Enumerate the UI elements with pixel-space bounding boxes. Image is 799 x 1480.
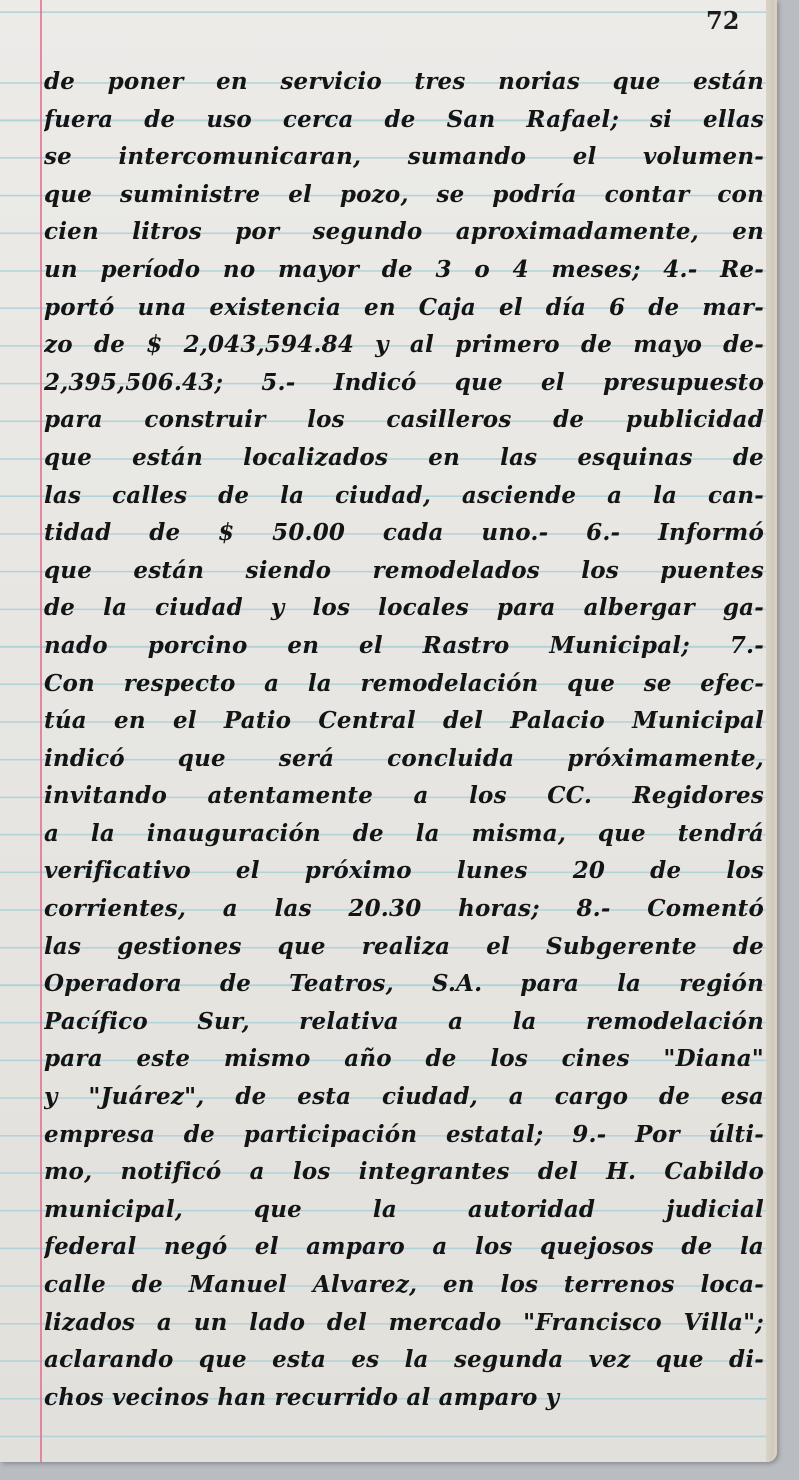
- text-line: mo, notificó a los integrantes del H. Ca…: [44, 1153, 764, 1191]
- text-line: corrientes, a las 20.30 horas; 8.- Comen…: [44, 890, 764, 928]
- text-line: Operadora de Teatros, S.A. para la regió…: [44, 965, 764, 1003]
- text-line: invitando atentamente a los CC. Regidore…: [44, 777, 764, 815]
- text-line: de poner en servicio tres norias que est…: [44, 63, 764, 101]
- text-line: para este mismo año de los cines "Diana": [44, 1040, 764, 1078]
- handwritten-text: de poner en servicio tres norias que est…: [44, 63, 764, 1416]
- text-line: de la ciudad y los locales para albergar…: [44, 589, 764, 627]
- text-line: que están siendo remodelados los puentes: [44, 552, 764, 590]
- text-line: verificativo el próximo lunes 20 de los: [44, 852, 764, 890]
- ledger-page: 72 de poner en servicio tres norias que …: [0, 0, 777, 1462]
- text-line: zo de $ 2,043,594.84 y al primero de may…: [44, 326, 764, 364]
- text-line: portó una existencia en Caja el día 6 de…: [44, 289, 764, 327]
- text-line: las gestiones que realiza el Subgerente …: [44, 928, 764, 966]
- text-line: federal negó el amparo a los quejosos de…: [44, 1228, 764, 1266]
- text-line: municipal, que la autoridad judicial: [44, 1191, 764, 1229]
- page-number: 72: [706, 6, 739, 35]
- text-line: Con respecto a la remodelación que se ef…: [44, 665, 764, 703]
- text-line: empresa de participación estatal; 9.- Po…: [44, 1116, 764, 1154]
- text-line: fuera de uso cerca de San Rafael; si ell…: [44, 101, 764, 139]
- text-line: que suministre el pozo, se podría contar…: [44, 176, 764, 214]
- text-line: nado porcino en el Rastro Municipal; 7.-: [44, 627, 764, 665]
- text-line: a la inauguración de la misma, que tendr…: [44, 815, 764, 853]
- text-line: chos vecinos han recurrido al amparo y: [44, 1379, 764, 1417]
- text-line: se intercomunicaran, sumando el volumen-: [44, 138, 764, 176]
- red-margin-line: [40, 0, 42, 1462]
- text-line: 2,395,506.43; 5.- Indicó que el presupue…: [44, 364, 764, 402]
- text-line: calle de Manuel Alvarez, en los terrenos…: [44, 1266, 764, 1304]
- text-line: y "Juárez", de esta ciudad, a cargo de e…: [44, 1078, 764, 1116]
- text-line: lizados a un lado del mercado "Francisco…: [44, 1304, 764, 1342]
- text-line: túa en el Patio Central del Palacio Muni…: [44, 702, 764, 740]
- text-line: aclarando que esta es la segunda vez que…: [44, 1341, 764, 1379]
- text-line: cien litros por segundo aproximadamente,…: [44, 213, 764, 251]
- text-line: las calles de la ciudad, asciende a la c…: [44, 477, 764, 515]
- text-line: tidad de $ 50.00 cada uno.- 6.- Informó: [44, 514, 764, 552]
- page-edge: [766, 0, 774, 1462]
- text-line: indicó que será concluida próximamente,: [44, 740, 764, 778]
- text-line: para construir los casilleros de publici…: [44, 401, 764, 439]
- text-line: Pacífico Sur, relativa a la remodelación: [44, 1003, 764, 1041]
- text-line: un período no mayor de 3 o 4 meses; 4.- …: [44, 251, 764, 289]
- text-line: que están localizados en las esquinas de: [44, 439, 764, 477]
